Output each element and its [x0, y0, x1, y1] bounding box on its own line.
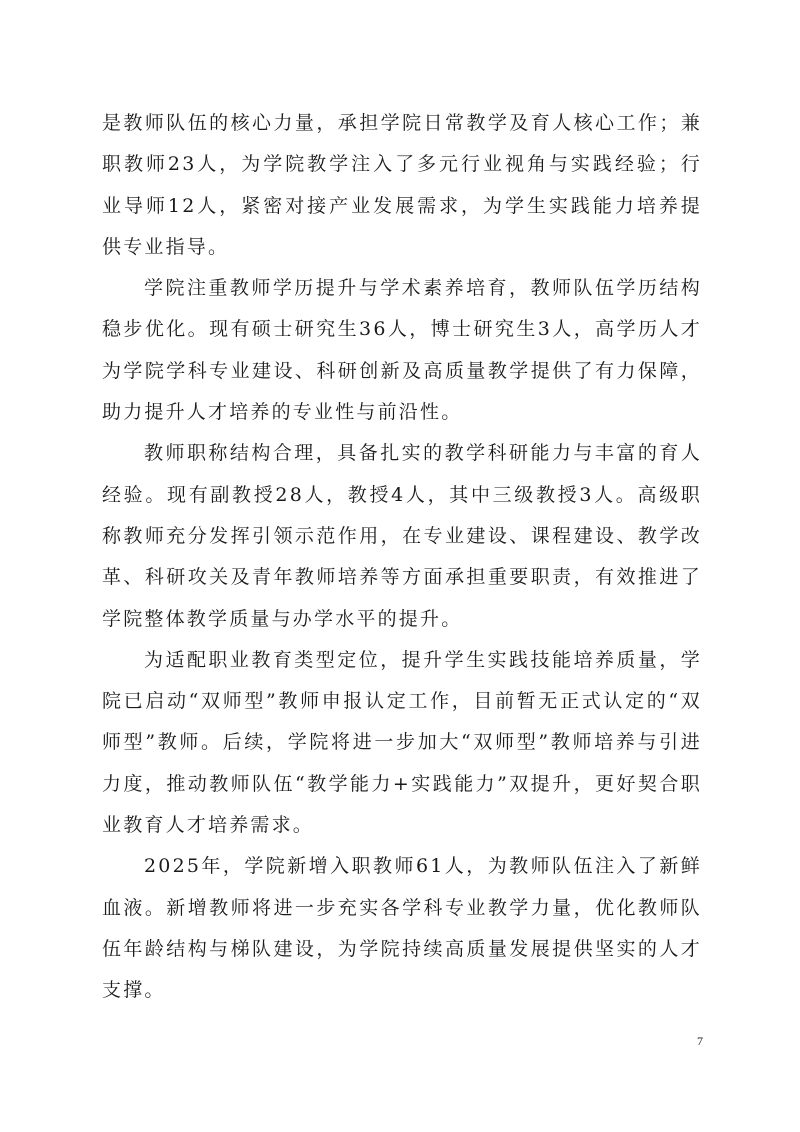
paragraph-new-hires-2025: 2025年，学院新增入职教师61人，为教师队伍注入了新鲜血液。新增教师将进一步充…	[102, 846, 702, 1011]
paragraph-education-background: 学院注重教师学历提升与学术素养培育，教师队伍学历结构稳步优化。现有硕士研究生36…	[102, 268, 702, 433]
paragraph-professional-titles: 教师职称结构合理，具备扎实的教学科研能力与丰富的育人经验。现有副教授28人，教授…	[102, 433, 702, 639]
document-page: 是教师队伍的核心力量，承担学院日常教学及育人核心工作；兼职教师23人，为学院教学…	[0, 0, 800, 1132]
paragraph-faculty-composition: 是教师队伍的核心力量，承担学院日常教学及育人核心工作；兼职教师23人，为学院教学…	[102, 103, 702, 268]
paragraph-dual-qualified-teachers: 为适配职业教育类型定位，提升学生实践技能培养质量，学院已启动“双师型”教师申报认…	[102, 640, 702, 846]
document-body: 是教师队伍的核心力量，承担学院日常教学及育人核心工作；兼职教师23人，为学院教学…	[102, 103, 702, 1012]
page-number: 7	[697, 1034, 703, 1049]
